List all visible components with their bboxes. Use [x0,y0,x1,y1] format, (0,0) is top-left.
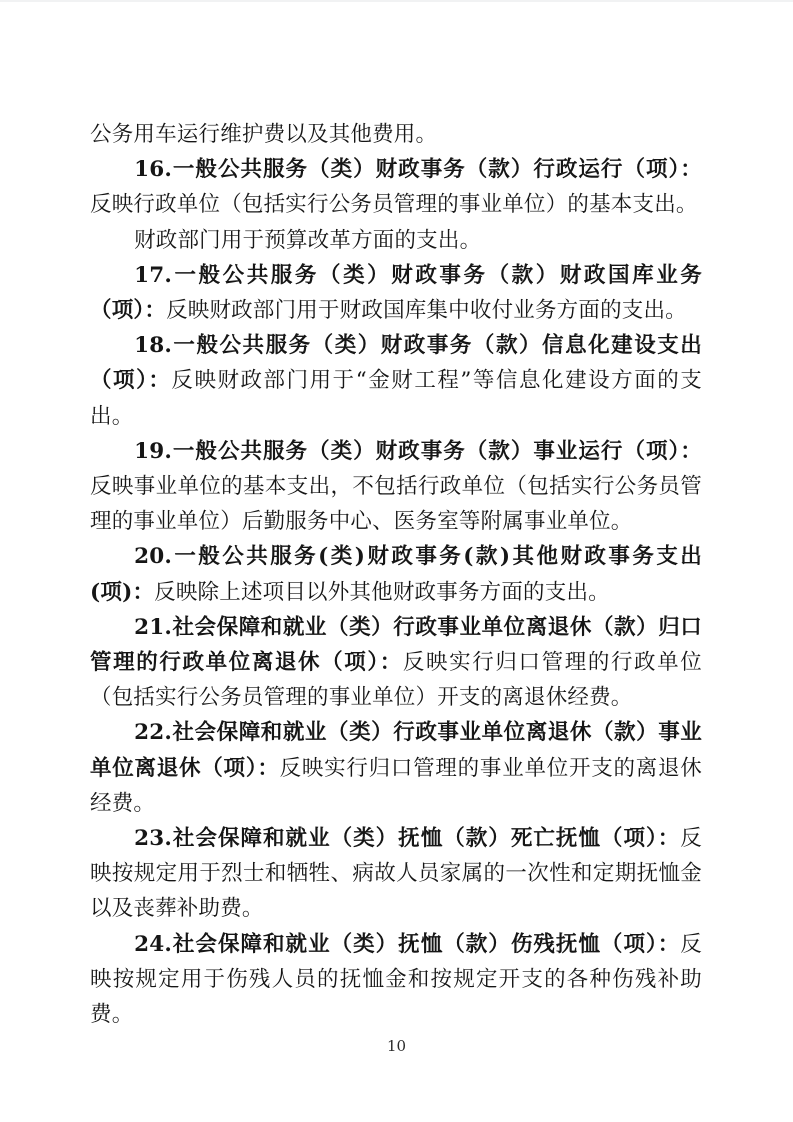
budget-item-18: 18.一般公共服务（类）财政事务（款）信息化建设支出（项）：反映财政部门用于“金… [90,328,702,434]
document-body: 公务用车运行维护费以及其他费用。 16.一般公共服务（类）财政事务（款）行政运行… [90,117,702,1032]
item-description: 反映财政部门用于“金财工程”等信息化建设方面的支出。 [90,368,702,428]
paragraph-text: 财政部门用于预算改革方面的支出。 [134,228,481,253]
item-heading: 23.社会保障和就业（类）抚恤（款）死亡抚恤（项）： [134,826,680,851]
item-heading: 16.一般公共服务（类）财政事务（款）行政运行（项）： [134,157,702,182]
budget-item-24: 24.社会保障和就业（类）抚恤（款）伤残抚恤（项）：反映按规定用于伤残人员的抚恤… [90,927,702,1033]
paragraph-text: 公务用车运行维护费以及其他费用。 [90,122,437,147]
item-description: 反映行政单位（包括实行公务员管理的事业单位）的基本支出。 [90,192,698,217]
budget-item-22: 22.社会保障和就业（类）行政事业单位离退休（款）事业单位离退休（项）：反映实行… [90,715,702,821]
budget-item-19: 19.一般公共服务（类）财政事务（款）事业运行（项）：反映事业单位的基本支出，不… [90,434,702,540]
document-page: 公务用车运行维护费以及其他费用。 16.一般公共服务（类）财政事务（款）行政运行… [0,0,793,1122]
budget-item-16: 16.一般公共服务（类）财政事务（款）行政运行（项）：反映行政单位（包括实行公务… [90,152,702,222]
paragraph-continuation: 公务用车运行维护费以及其他费用。 [90,117,702,152]
budget-item-23: 23.社会保障和就业（类）抚恤（款）死亡抚恤（项）：反映按规定用于烈士和牺牲、病… [90,821,702,927]
paragraph-note: 财政部门用于预算改革方面的支出。 [90,223,702,258]
page-number: 10 [387,1037,406,1055]
item-heading: 19.一般公共服务（类）财政事务（款）事业运行（项）： [134,439,702,464]
item-description: 反映除上述项目以外其他财政事务方面的支出。 [154,580,610,605]
item-description: 反映事业单位的基本支出，不包括行政单位（包括实行公务员管理的事业单位）后勤服务中… [90,474,702,534]
item-heading: 24.社会保障和就业（类）抚恤（款）伤残抚恤（项）： [134,932,680,957]
page-top-edge [0,0,793,2]
page-footer: 10 [0,1036,793,1056]
budget-item-17: 17.一般公共服务（类）财政事务（款）财政国库业务（项）：反映财政部门用于财政国… [90,258,702,328]
budget-item-20: 20.一般公共服务(类)财政事务(款)其他财政事务支出(项)：反映除上述项目以外… [90,539,702,609]
budget-item-21: 21.社会保障和就业（类）行政事业单位离退休（款）归口管理的行政单位离退休（项）… [90,610,702,716]
item-description: 反映财政部门用于财政国库集中收付业务方面的支出。 [166,298,687,323]
